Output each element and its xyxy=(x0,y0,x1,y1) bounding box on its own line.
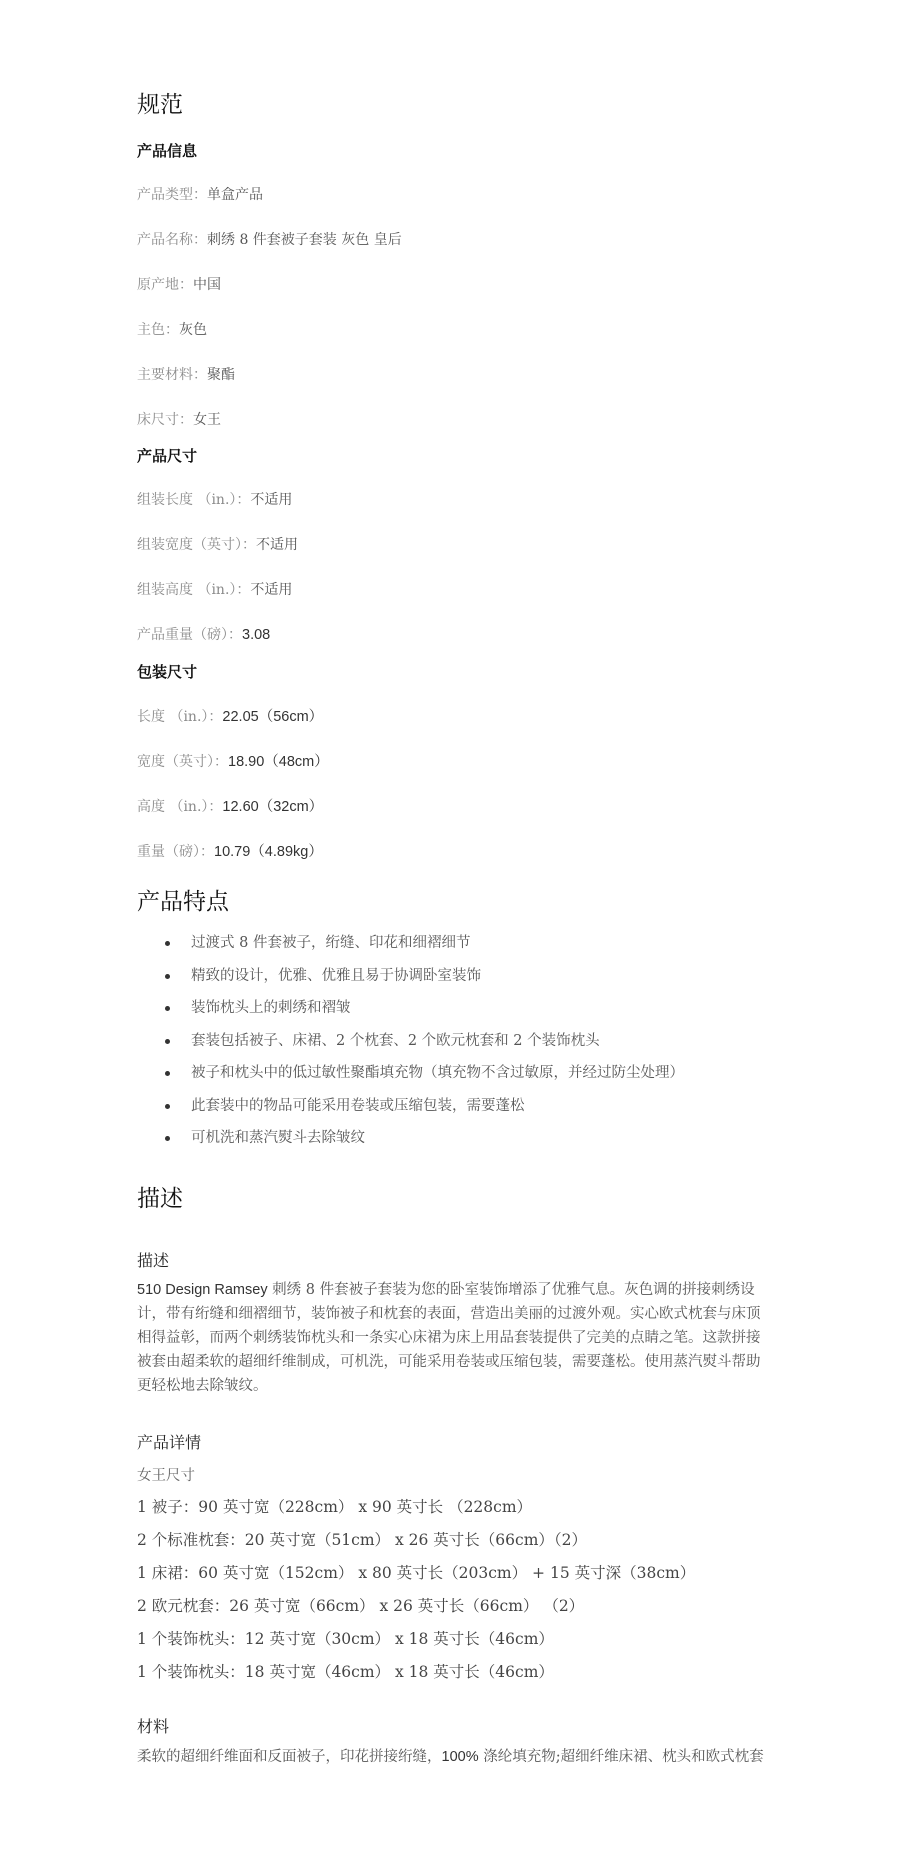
brand-name: 510 Design Ramsey xyxy=(137,1282,268,1298)
spec-value: 10.79（4.89kg） xyxy=(214,844,323,860)
spec-value: 18.90（48cm） xyxy=(228,754,329,770)
spec-value: 女王 xyxy=(193,412,221,428)
spec-label: 产品名称： xyxy=(137,232,207,248)
spec-value: 不适用 xyxy=(256,537,298,553)
specs-title: 规范 xyxy=(137,86,183,119)
product-details-heading: 产品详情 xyxy=(137,1430,201,1453)
detail-line: 2 个标准枕套：20 英寸宽（51cm） x 26 英寸长（66cm）（2） xyxy=(137,1528,587,1550)
spec-row-main-color: 主色：灰色 xyxy=(137,319,207,339)
spec-row-assembled-width: 组装宽度（英寸）：不适用 xyxy=(137,534,298,554)
spec-label: 床尺寸： xyxy=(137,412,193,428)
spec-label: 宽度（英寸）： xyxy=(137,754,228,770)
spec-value: 中国 xyxy=(193,277,221,293)
spec-value: 刺绣 8 件套被子套装 灰色 皇后 xyxy=(207,232,402,248)
spec-value: 不适用 xyxy=(250,582,292,598)
spec-label: 高度 （in.）： xyxy=(137,799,222,815)
bullet-icon xyxy=(165,941,170,946)
spec-value: 3.08 xyxy=(242,627,270,643)
spec-row-package-width: 宽度（英寸）：18.90（48cm） xyxy=(137,750,329,771)
bullet-icon xyxy=(165,1104,170,1109)
description-paragraph: 510 Design Ramsey 刺绣 8 件套被子套装为您的卧室装饰增添了优… xyxy=(137,1278,769,1398)
spec-label: 主色： xyxy=(137,322,179,338)
spec-row-bed-size: 床尺寸：女王 xyxy=(137,409,221,429)
spec-row-package-length: 长度 （in.）：22.05（56cm） xyxy=(137,705,323,726)
spec-value: 不适用 xyxy=(250,492,292,508)
spec-row-package-height: 高度 （in.）：12.60（32cm） xyxy=(137,795,323,816)
spec-value: 聚酯 xyxy=(207,367,235,383)
spec-label: 原产地： xyxy=(137,277,193,293)
detail-line: 1 床裙：60 英寸宽（152cm） x 80 英寸长（203cm） + 15 … xyxy=(137,1561,695,1583)
feature-item: 此套装中的物品可能采用卷装或压缩包装，需要蓬松 xyxy=(137,1096,777,1129)
spec-row-main-material: 主要材料：聚酯 xyxy=(137,364,235,384)
bullet-icon xyxy=(165,1006,170,1011)
spec-value: 单盒产品 xyxy=(207,187,263,203)
feature-item: 套装包括被子、床裙、2 个枕套、2 个欧元枕套和 2 个装饰枕头 xyxy=(137,1031,777,1064)
bullet-icon xyxy=(165,974,170,979)
detail-line: 1 个装饰枕头：12 英寸宽（30cm） x 18 英寸长（46cm） xyxy=(137,1627,554,1649)
spec-value: 12.60（32cm） xyxy=(222,799,323,815)
spec-label: 重量（磅）： xyxy=(137,844,214,860)
feature-item: 可机洗和蒸汽熨斗去除皱纹 xyxy=(137,1128,777,1161)
spec-row-assembled-length: 组装长度 （in.）：不适用 xyxy=(137,489,292,509)
spec-label: 长度 （in.）： xyxy=(137,709,222,725)
spec-label: 组装长度 （in.）： xyxy=(137,492,250,508)
spec-row-product-type: 产品类型：单盒产品 xyxy=(137,184,263,204)
features-title: 产品特点 xyxy=(137,883,229,916)
spec-value: 22.05（56cm） xyxy=(222,709,323,725)
package-dimensions-heading: 包装尺寸 xyxy=(137,661,197,682)
feature-item: 精致的设计，优雅、优雅且易于协调卧室装饰 xyxy=(137,966,777,999)
feature-item: 装饰枕头上的刺绣和褶皱 xyxy=(137,998,777,1031)
product-dimensions-heading: 产品尺寸 xyxy=(137,445,197,466)
spec-label: 组装宽度（英寸）： xyxy=(137,537,256,553)
description-subheading: 描述 xyxy=(137,1248,169,1271)
spec-row-origin: 原产地：中国 xyxy=(137,274,221,294)
feature-item: 被子和枕头中的低过敏性聚酯填充物（填充物不含过敏原，并经过防尘处理） xyxy=(137,1063,777,1096)
description-title: 描述 xyxy=(137,1180,183,1213)
bullet-icon xyxy=(165,1039,170,1044)
spec-label: 组装高度 （in.）： xyxy=(137,582,250,598)
spec-row-product-weight: 产品重量（磅）：3.08 xyxy=(137,624,270,644)
detail-line: 2 欧元枕套：26 英寸宽（66cm） x 26 英寸长（66cm） （2） xyxy=(137,1594,584,1616)
features-list: 过渡式 8 件套被子，绗缝、印花和细褶细节 精致的设计，优雅、优雅且易于协调卧室… xyxy=(137,933,777,1161)
spec-row-package-weight: 重量（磅）：10.79（4.89kg） xyxy=(137,840,323,861)
size-label: 女王尺寸 xyxy=(137,1464,195,1485)
bullet-icon xyxy=(165,1136,170,1141)
spec-row-product-name: 产品名称：刺绣 8 件套被子套装 灰色 皇后 xyxy=(137,229,402,249)
bullet-icon xyxy=(165,1071,170,1076)
detail-line: 1 个装饰枕头：18 英寸宽（46cm） x 18 英寸长（46cm） xyxy=(137,1660,554,1682)
feature-item: 过渡式 8 件套被子，绗缝、印花和细褶细节 xyxy=(137,933,777,966)
spec-label: 主要材料： xyxy=(137,367,207,383)
product-info-heading: 产品信息 xyxy=(137,140,197,161)
materials-paragraph: 柔软的超细纤维面和反面被子，印花拼接绗缝，100% 涤纶填充物;超细纤维床裙、枕… xyxy=(137,1745,769,1769)
spec-label: 产品重量（磅）： xyxy=(137,627,242,643)
spec-value: 灰色 xyxy=(179,322,207,338)
spec-row-assembled-height: 组装高度 （in.）：不适用 xyxy=(137,579,292,599)
spec-label: 产品类型： xyxy=(137,187,207,203)
detail-line: 1 被子：90 英寸宽（228cm） x 90 英寸长 （228cm） xyxy=(137,1495,532,1517)
materials-heading: 材料 xyxy=(137,1714,169,1737)
